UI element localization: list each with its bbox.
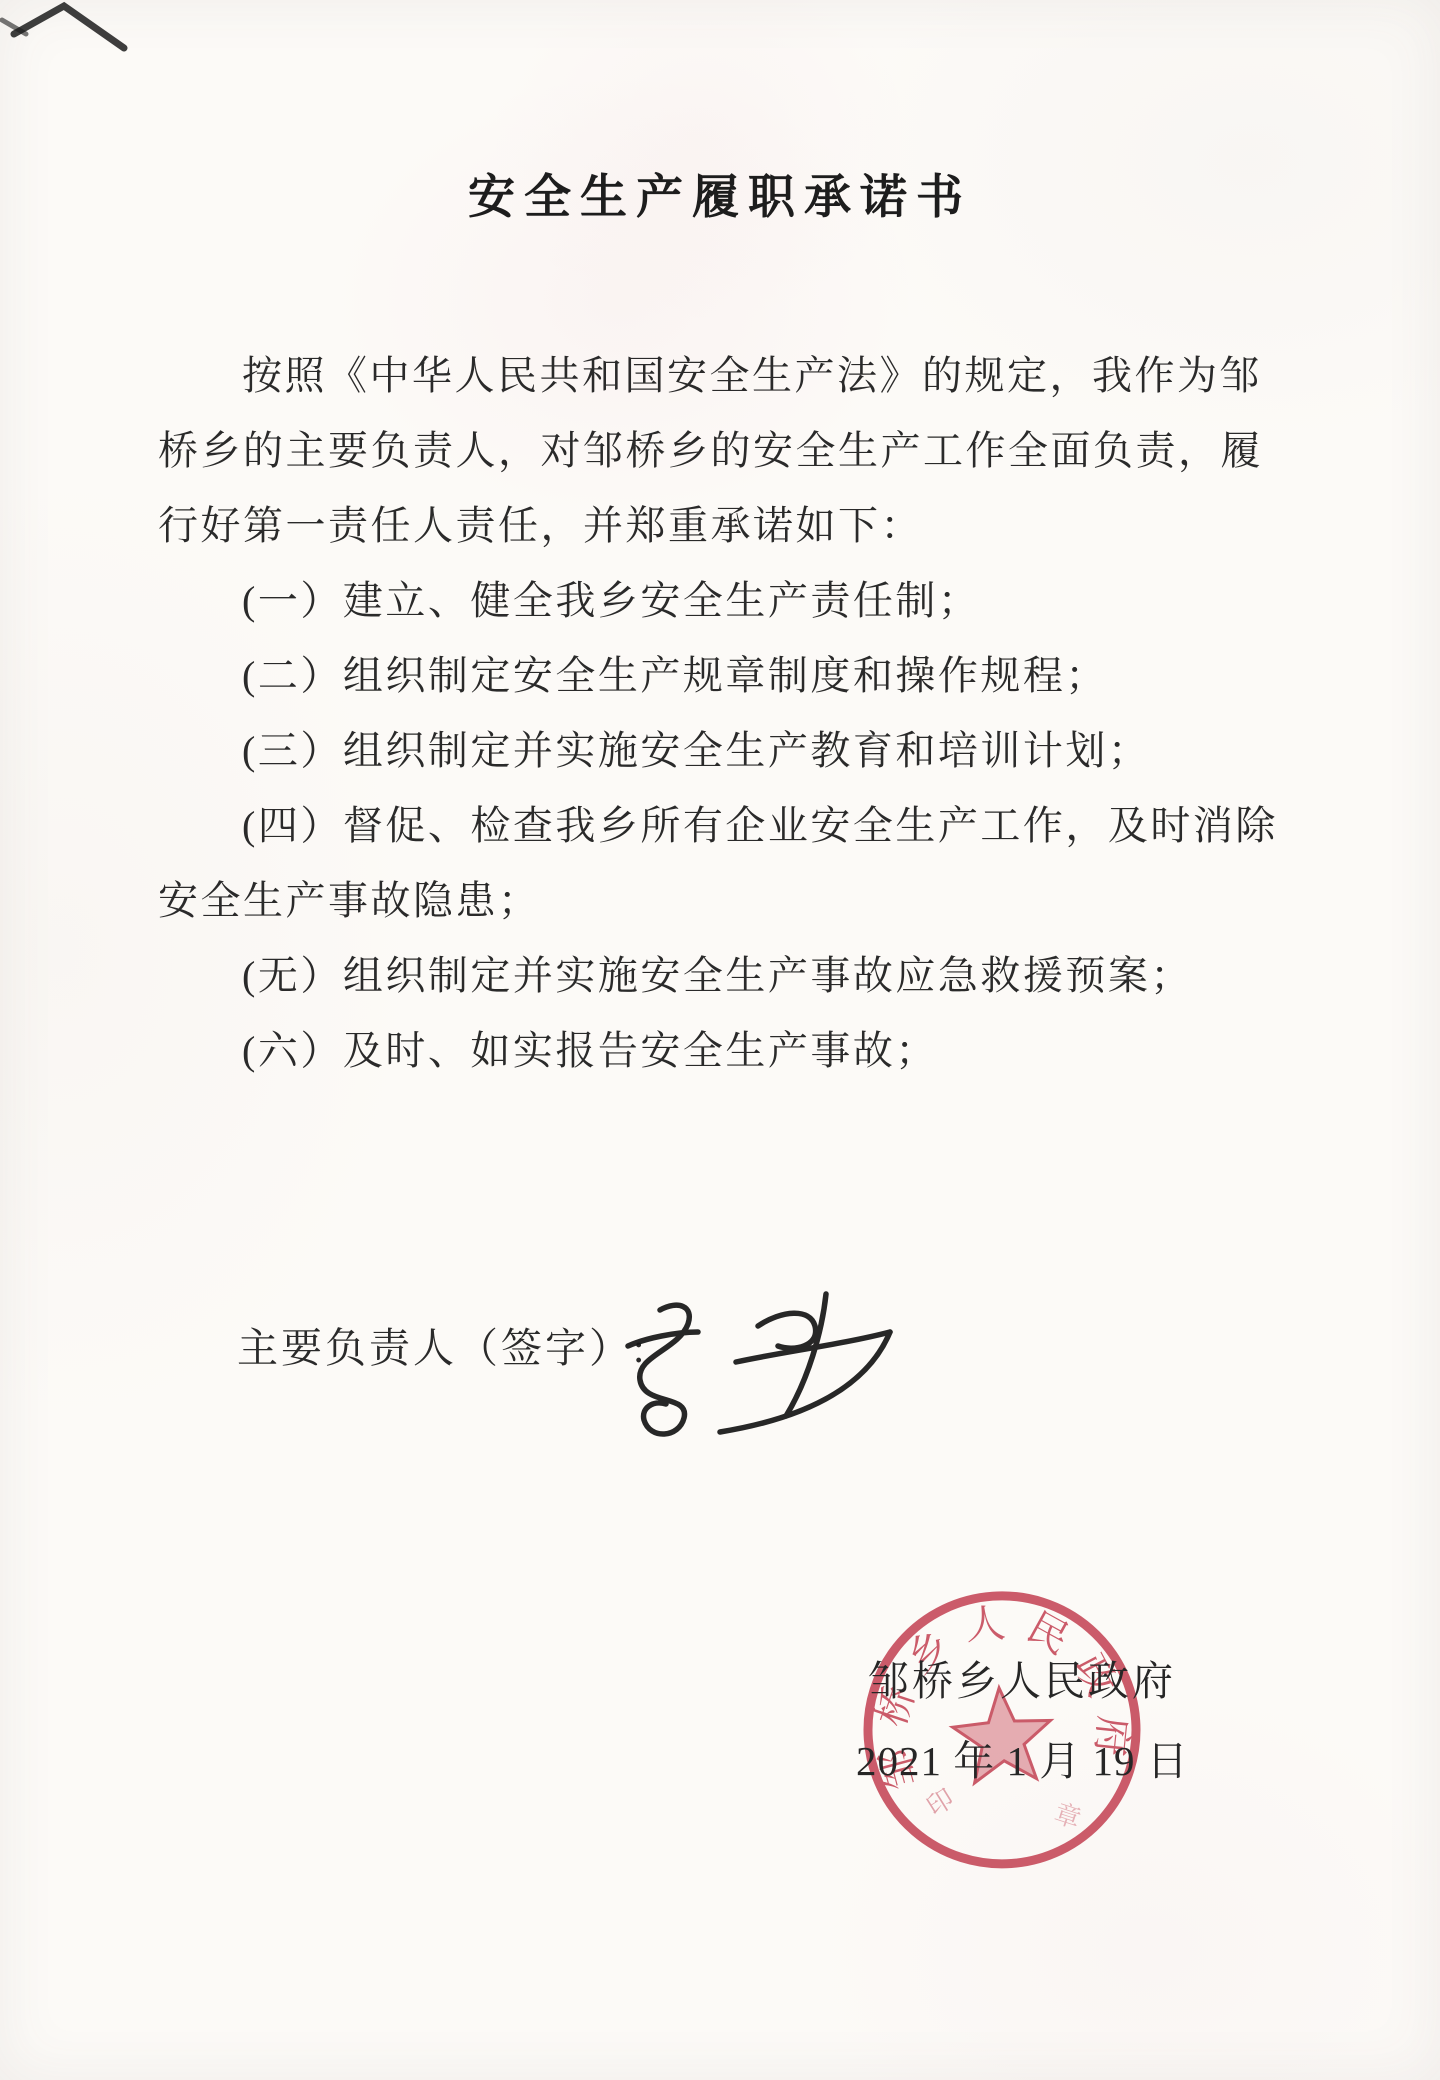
body-line: (四）督促、检查我乡所有企业安全生产工作，及时消除	[158, 788, 1290, 863]
document-title: 安全生产履职承诺书	[0, 160, 1440, 227]
body-line: (一）建立、健全我乡安全生产责任制；	[158, 563, 1290, 638]
footer-date: 2021 年 1 月 19 日	[856, 1728, 1189, 1787]
body-line: (二）组织制定安全生产规章制度和操作规程；	[158, 638, 1290, 713]
body-line: (无）组织制定并实施安全生产事故应急救援预案；	[158, 938, 1290, 1013]
body-line: 行好第一责任人责任，并郑重承诺如下：	[158, 488, 1290, 563]
seal-texture-glyph: 章	[1051, 1799, 1085, 1835]
seal-texture-glyph: 印	[922, 1784, 959, 1822]
body-line: 桥乡的主要负责人，对邹桥乡的安全生产工作全面负责，履	[158, 413, 1290, 488]
scanned-document-page: 安全生产履职承诺书 按照《中华人民共和国安全生产法》的规定，我作为邹 桥乡的主要…	[0, 0, 1440, 2080]
body-line: (三）组织制定并实施安全生产教育和培训计划；	[158, 713, 1290, 788]
signature-handwriting	[598, 1288, 918, 1453]
signature-label: 主要负责人（签字）:	[237, 1318, 647, 1378]
body-line: 安全生产事故隐患；	[158, 863, 1290, 938]
footer-organization: 邹桥乡人民政府	[868, 1648, 1176, 1707]
body-line: 按照《中华人民共和国安全生产法》的规定，我作为邹	[158, 338, 1290, 413]
document-body: 按照《中华人民共和国安全生产法》的规定，我作为邹 桥乡的主要负责人，对邹桥乡的安…	[158, 338, 1290, 1088]
body-line: (六）及时、如实报告安全生产事故；	[158, 1013, 1290, 1088]
scan-corner-mark	[0, 0, 200, 70]
